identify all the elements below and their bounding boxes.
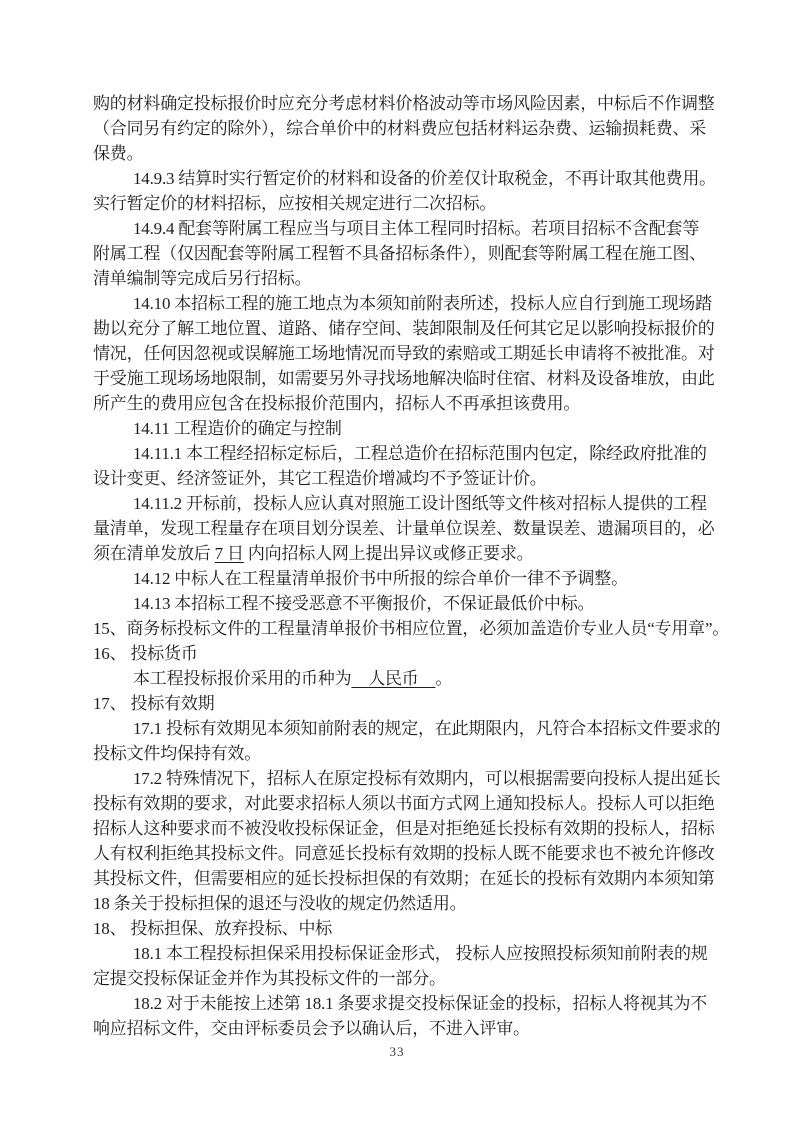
text-line: 附属工程（仅因配套等附属工程暂不具备招标条件），则配套等附属工程在施工图、 — [93, 241, 753, 266]
text-segment: 14.11.1 本工程经招标定标后，工程总造价在招标范围内包定，除经政府批准的 — [133, 444, 707, 463]
text-segment: 投标有效期的要求，对此要求招标人须以书面方式网上通知投标人。投标人可以拒绝 — [93, 794, 715, 813]
text-line: 17.2 特殊情况下，招标人在原定投标有效期内，可以根据需要向投标人提出延长 — [93, 766, 753, 791]
text-segment: 14.9.3 结算时实行暂定价的材料和设备的价差仅计取税金，不再计取其他费用。 — [133, 169, 716, 188]
underlined-blank: 7 日 — [215, 544, 244, 563]
text-line: 15、商务标投标文件的工程量清单报价书相应位置，必须加盖造价专业人员“专用章”。 — [93, 616, 753, 641]
text-line: 14.11 工程造价的确定与控制 — [93, 416, 753, 441]
text-segment: 量清单，发现工程量存在项目划分误差、计量单位误差、数量误差、遗漏项目的，必 — [93, 519, 715, 538]
text-line: 18 条关于投标担保的退还与没收的规定仍然适用。 — [93, 891, 753, 916]
text-line: 16、 投标货币 — [93, 641, 753, 666]
text-line: （合同另有约定的除外），综合单价中的材料费应包括材料运杂费、运输损耗费、采 — [93, 116, 753, 141]
text-segment: 14.9.4 配套等附属工程应当与项目主体工程同时招标。若项目招标不含配套等 — [133, 219, 699, 238]
underlined-blank: 人民币 — [351, 669, 435, 688]
text-segment: 于受施工现场场地限制，如需要另外寻找场地解决临时住宿、材料及设备堆放，由此 — [93, 369, 715, 388]
text-segment: 人有权利拒绝其投标文件。同意延长投标有效期的投标人既不能要求也不被允许修改 — [93, 844, 715, 863]
text-segment: 内向招标人网上提出异议或修正要求。 — [244, 544, 534, 563]
text-line: 清单编制等完成后另行招标。 — [93, 266, 753, 291]
text-line: 所产生的费用应包含在投标报价范围内，招标人不再承担该费用。 — [93, 391, 753, 416]
text-segment: 14.10 本招标工程的施工地点为本须知前附表所述，投标人应自行到施工现场踏 — [133, 294, 712, 313]
text-segment: 14.13 本招标工程不接受恶意不平衡报价，不保证最低价中标。 — [133, 594, 594, 613]
text-line: 定提交投标保证金并作为其投标文件的一部分。 — [93, 966, 753, 991]
text-segment: 所产生的费用应包含在投标报价范围内，招标人不再承担该费用。 — [93, 394, 580, 413]
text-segment: 附属工程（仅因配套等附属工程暂不具备招标条件），则配套等附属工程在施工图、 — [93, 244, 706, 263]
text-line: 14.13 本招标工程不接受恶意不平衡报价，不保证最低价中标。 — [93, 591, 753, 616]
text-line: 14.11.1 本工程经招标定标后，工程总造价在招标范围内包定，除经政府批准的 — [93, 441, 753, 466]
text-line: 保费。 — [93, 141, 753, 166]
text-segment: 18 条关于投标担保的退还与没收的规定仍然适用。 — [93, 894, 466, 913]
text-line: 于受施工现场场地限制，如需要另外寻找场地解决临时住宿、材料及设备堆放，由此 — [93, 366, 753, 391]
text-segment: 17.1 投标有效期见本须知前附表的规定，在此期限内，凡符合本招标文件要求的 — [133, 719, 720, 738]
text-line: 本工程投标报价采用的币种为 人民币 。 — [93, 666, 753, 691]
text-line: 14.11.2 开标前，投标人应认真对照施工设计图纸等文件核对招标人提供的工程 — [93, 491, 753, 516]
text-line: 18、 投标担保、放弃投标、中标 — [93, 916, 753, 941]
text-segment: 勘以充分了解工地位置、道路、储存空间、装卸限制及任何其它足以影响投标报价的 — [93, 319, 715, 338]
text-segment: 须在清单发放后 — [93, 544, 215, 563]
text-segment: 18.2 对于未能按上述第 18.1 条要求提交投标保证金的投标，招标人将视其为… — [133, 994, 707, 1013]
text-segment: 14.11.2 开标前，投标人应认真对照施工设计图纸等文件核对招标人提供的工程 — [133, 494, 707, 513]
text-line: 14.10 本招标工程的施工地点为本须知前附表所述，投标人应自行到施工现场踏 — [93, 291, 753, 316]
text-line: 14.9.3 结算时实行暂定价的材料和设备的价差仅计取税金，不再计取其他费用。 — [93, 166, 753, 191]
text-line: 响应招标文件，交由评标委员会予以确认后，不进入评审。 — [93, 1016, 753, 1041]
text-line: 其投标文件，但需要相应的延长投标担保的有效期；在延长的投标有效期内本须知第 — [93, 866, 753, 891]
text-segment: 设计变更、经济签证外，其它工程造价增减均不予签证计价。 — [93, 469, 547, 488]
text-line: 设计变更、经济签证外，其它工程造价增减均不予签证计价。 — [93, 466, 753, 491]
document-page: 购的材料确定投标报价时应充分考虑材料价格波动等市场风险因素，中标后不作调整（合同… — [0, 0, 794, 1122]
text-segment: 17.2 特殊情况下，招标人在原定投标有效期内，可以根据需要向投标人提出延长 — [133, 769, 720, 788]
text-line: 勘以充分了解工地位置、道路、储存空间、装卸限制及任何其它足以影响投标报价的 — [93, 316, 753, 341]
text-line: 14.12 中标人在工程量清单报价书中所报的综合单价一律不予调整。 — [93, 566, 753, 591]
text-segment: 其投标文件，但需要相应的延长投标担保的有效期；在延长的投标有效期内本须知第 — [93, 869, 715, 888]
text-segment: 招标人这种要求而不被没收投标保证金，但是对拒绝延长投标有效期的投标人，招标 — [93, 819, 715, 838]
text-segment: 清单编制等完成后另行招标。 — [93, 269, 311, 288]
text-line: 17、 投标有效期 — [93, 691, 753, 716]
text-line: 情况，任何因忽视或误解施工场地情况而导致的索赔或工期延长申请将不被批准。对 — [93, 341, 753, 366]
text-segment: 。 — [435, 669, 452, 688]
text-segment: 响应招标文件，交由评标委员会予以确认后，不进入评审。 — [93, 1019, 530, 1038]
text-segment: （合同另有约定的除外），综合单价中的材料费应包括材料运杂费、运输损耗费、采 — [93, 119, 706, 138]
text-line: 须在清单发放后 7 日 内向招标人网上提出异议或修正要求。 — [93, 541, 753, 566]
text-line: 投标文件均保持有效。 — [93, 741, 753, 766]
text-line: 投标有效期的要求，对此要求招标人须以书面方式网上通知投标人。投标人可以拒绝 — [93, 791, 753, 816]
text-segment: 15、商务标投标文件的工程量清单报价书相应位置，必须加盖造价专业人员“专用章”。 — [93, 619, 729, 638]
text-segment: 实行暂定价的材料招标，应按相关规定进行二次招标。 — [93, 194, 496, 213]
text-segment: 购的材料确定投标报价时应充分考虑材料价格波动等市场风险因素，中标后不作调整 — [93, 94, 715, 113]
text-line: 17.1 投标有效期见本须知前附表的规定，在此期限内，凡符合本招标文件要求的 — [93, 716, 753, 741]
text-segment: 18、 投标担保、放弃投标、中标 — [93, 919, 332, 938]
document-body: 购的材料确定投标报价时应充分考虑材料价格波动等市场风险因素，中标后不作调整（合同… — [93, 91, 753, 1041]
text-segment: 保费。 — [93, 144, 143, 163]
text-segment: 16、 投标货币 — [93, 644, 198, 663]
text-line: 量清单，发现工程量存在项目划分误差、计量单位误差、数量误差、遗漏项目的，必 — [93, 516, 753, 541]
text-line: 招标人这种要求而不被没收投标保证金，但是对拒绝延长投标有效期的投标人，招标 — [93, 816, 753, 841]
text-line: 18.1 本工程投标担保采用投标保证金形式， 投标人应按照投标须知前附表的规 — [93, 941, 753, 966]
text-line: 人有权利拒绝其投标文件。同意延长投标有效期的投标人既不能要求也不被允许修改 — [93, 841, 753, 866]
text-segment: 定提交投标保证金并作为其投标文件的一部分。 — [93, 969, 446, 988]
text-segment: 14.11 工程造价的确定与控制 — [133, 419, 342, 438]
text-segment: 14.12 中标人在工程量清单报价书中所报的综合单价一律不予调整。 — [133, 569, 628, 588]
text-line: 18.2 对于未能按上述第 18.1 条要求提交投标保证金的投标，招标人将视其为… — [93, 991, 753, 1016]
text-segment: 17、 投标有效期 — [93, 694, 214, 713]
text-segment: 18.1 本工程投标担保采用投标保证金形式， 投标人应按照投标须知前附表的规 — [133, 944, 708, 963]
page-number: 33 — [0, 1044, 794, 1060]
text-line: 购的材料确定投标报价时应充分考虑材料价格波动等市场风险因素，中标后不作调整 — [93, 91, 753, 116]
text-line: 实行暂定价的材料招标，应按相关规定进行二次招标。 — [93, 191, 753, 216]
text-segment: 情况，任何因忽视或误解施工场地情况而导致的索赔或工期延长申请将不被批准。对 — [93, 344, 715, 363]
text-segment: 投标文件均保持有效。 — [93, 744, 261, 763]
text-segment: 本工程投标报价采用的币种为 — [133, 669, 351, 688]
text-line: 14.9.4 配套等附属工程应当与项目主体工程同时招标。若项目招标不含配套等 — [93, 216, 753, 241]
